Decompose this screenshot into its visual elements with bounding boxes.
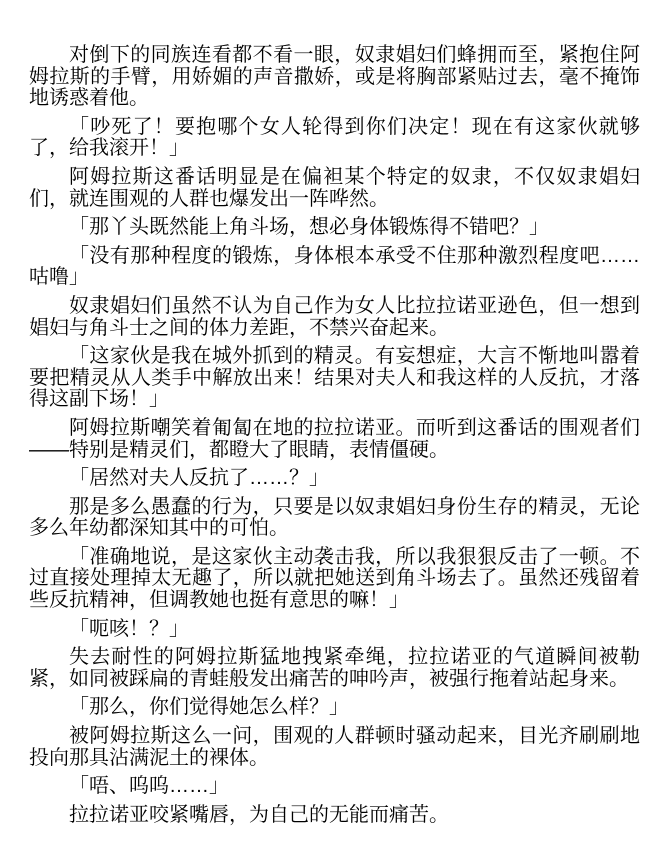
paragraph-dialogue: 「没有那种程度的锻炼，身体根本承受不住那种激烈程度吧……咕噜」	[29, 246, 640, 289]
paragraph: 被阿姆拉斯这么一问，围观的人群顿时骚动起来，目光齐刷刷地投向那具沾满泥土的裸体。	[29, 726, 640, 769]
paragraph: 阿姆拉斯这番话明显是在偏袒某个特定的奴隶，不仅奴隶娼妇们，就连围观的人群也爆发出…	[29, 167, 640, 210]
paragraph: 奴隶娼妇们虽然不认为自己作为女人比拉拉诺亚逊色，但一想到娼妇与角斗士之间的体力差…	[29, 296, 640, 339]
paragraph-dialogue: 「吵死了！要抱哪个女人轮得到你们决定！现在有这家伙就够了，给我滚开！」	[29, 117, 640, 160]
paragraph-dialogue: 「这家伙是我在城外抓到的精灵。有妄想症，大言不惭地叫嚣着要把精灵从人类手中解放出…	[29, 346, 640, 411]
paragraph-dialogue: 「准确地说，是这家伙主动袭击我，所以我狠狠反击了一顿。不过直接处理掉太无趣了，所…	[29, 547, 640, 612]
paragraph: 阿姆拉斯嘲笑着匍匐在地的拉拉诺亚。而听到这番话的围观者们——特别是精灵们，都瞪大…	[29, 418, 640, 461]
paragraph-dialogue: 「唔、呜呜……」	[29, 776, 640, 798]
paragraph: 那是多么愚蠢的行为，只要是以奴隶娼妇身份生存的精灵，无论多么年幼都深知其中的可怕…	[29, 497, 640, 540]
paragraph-dialogue: 「那丫头既然能上角斗场，想必身体锻炼得不错吧？」	[29, 217, 640, 239]
paragraph: 拉拉诺亚咬紧嘴唇，为自己的无能而痛苦。	[29, 805, 640, 827]
novel-page: 对倒下的同族连看都不看一眼，奴隶娼妇们蜂拥而至，紧抱住阿姆拉斯的手臂，用娇媚的声…	[0, 0, 650, 850]
paragraph: 对倒下的同族连看都不看一眼，奴隶娼妇们蜂拥而至，紧抱住阿姆拉斯的手臂，用娇媚的声…	[29, 45, 640, 110]
paragraph: 失去耐性的阿姆拉斯猛地拽紧牵绳，拉拉诺亚的气道瞬间被勒紧，如同被踩扁的青蛙般发出…	[29, 647, 640, 690]
paragraph-dialogue: 「居然对夫人反抗了……？」	[29, 468, 640, 490]
paragraph-dialogue: 「那么，你们觉得她怎么样？」	[29, 697, 640, 719]
paragraph-dialogue: 「呃咳！？」	[29, 619, 640, 641]
